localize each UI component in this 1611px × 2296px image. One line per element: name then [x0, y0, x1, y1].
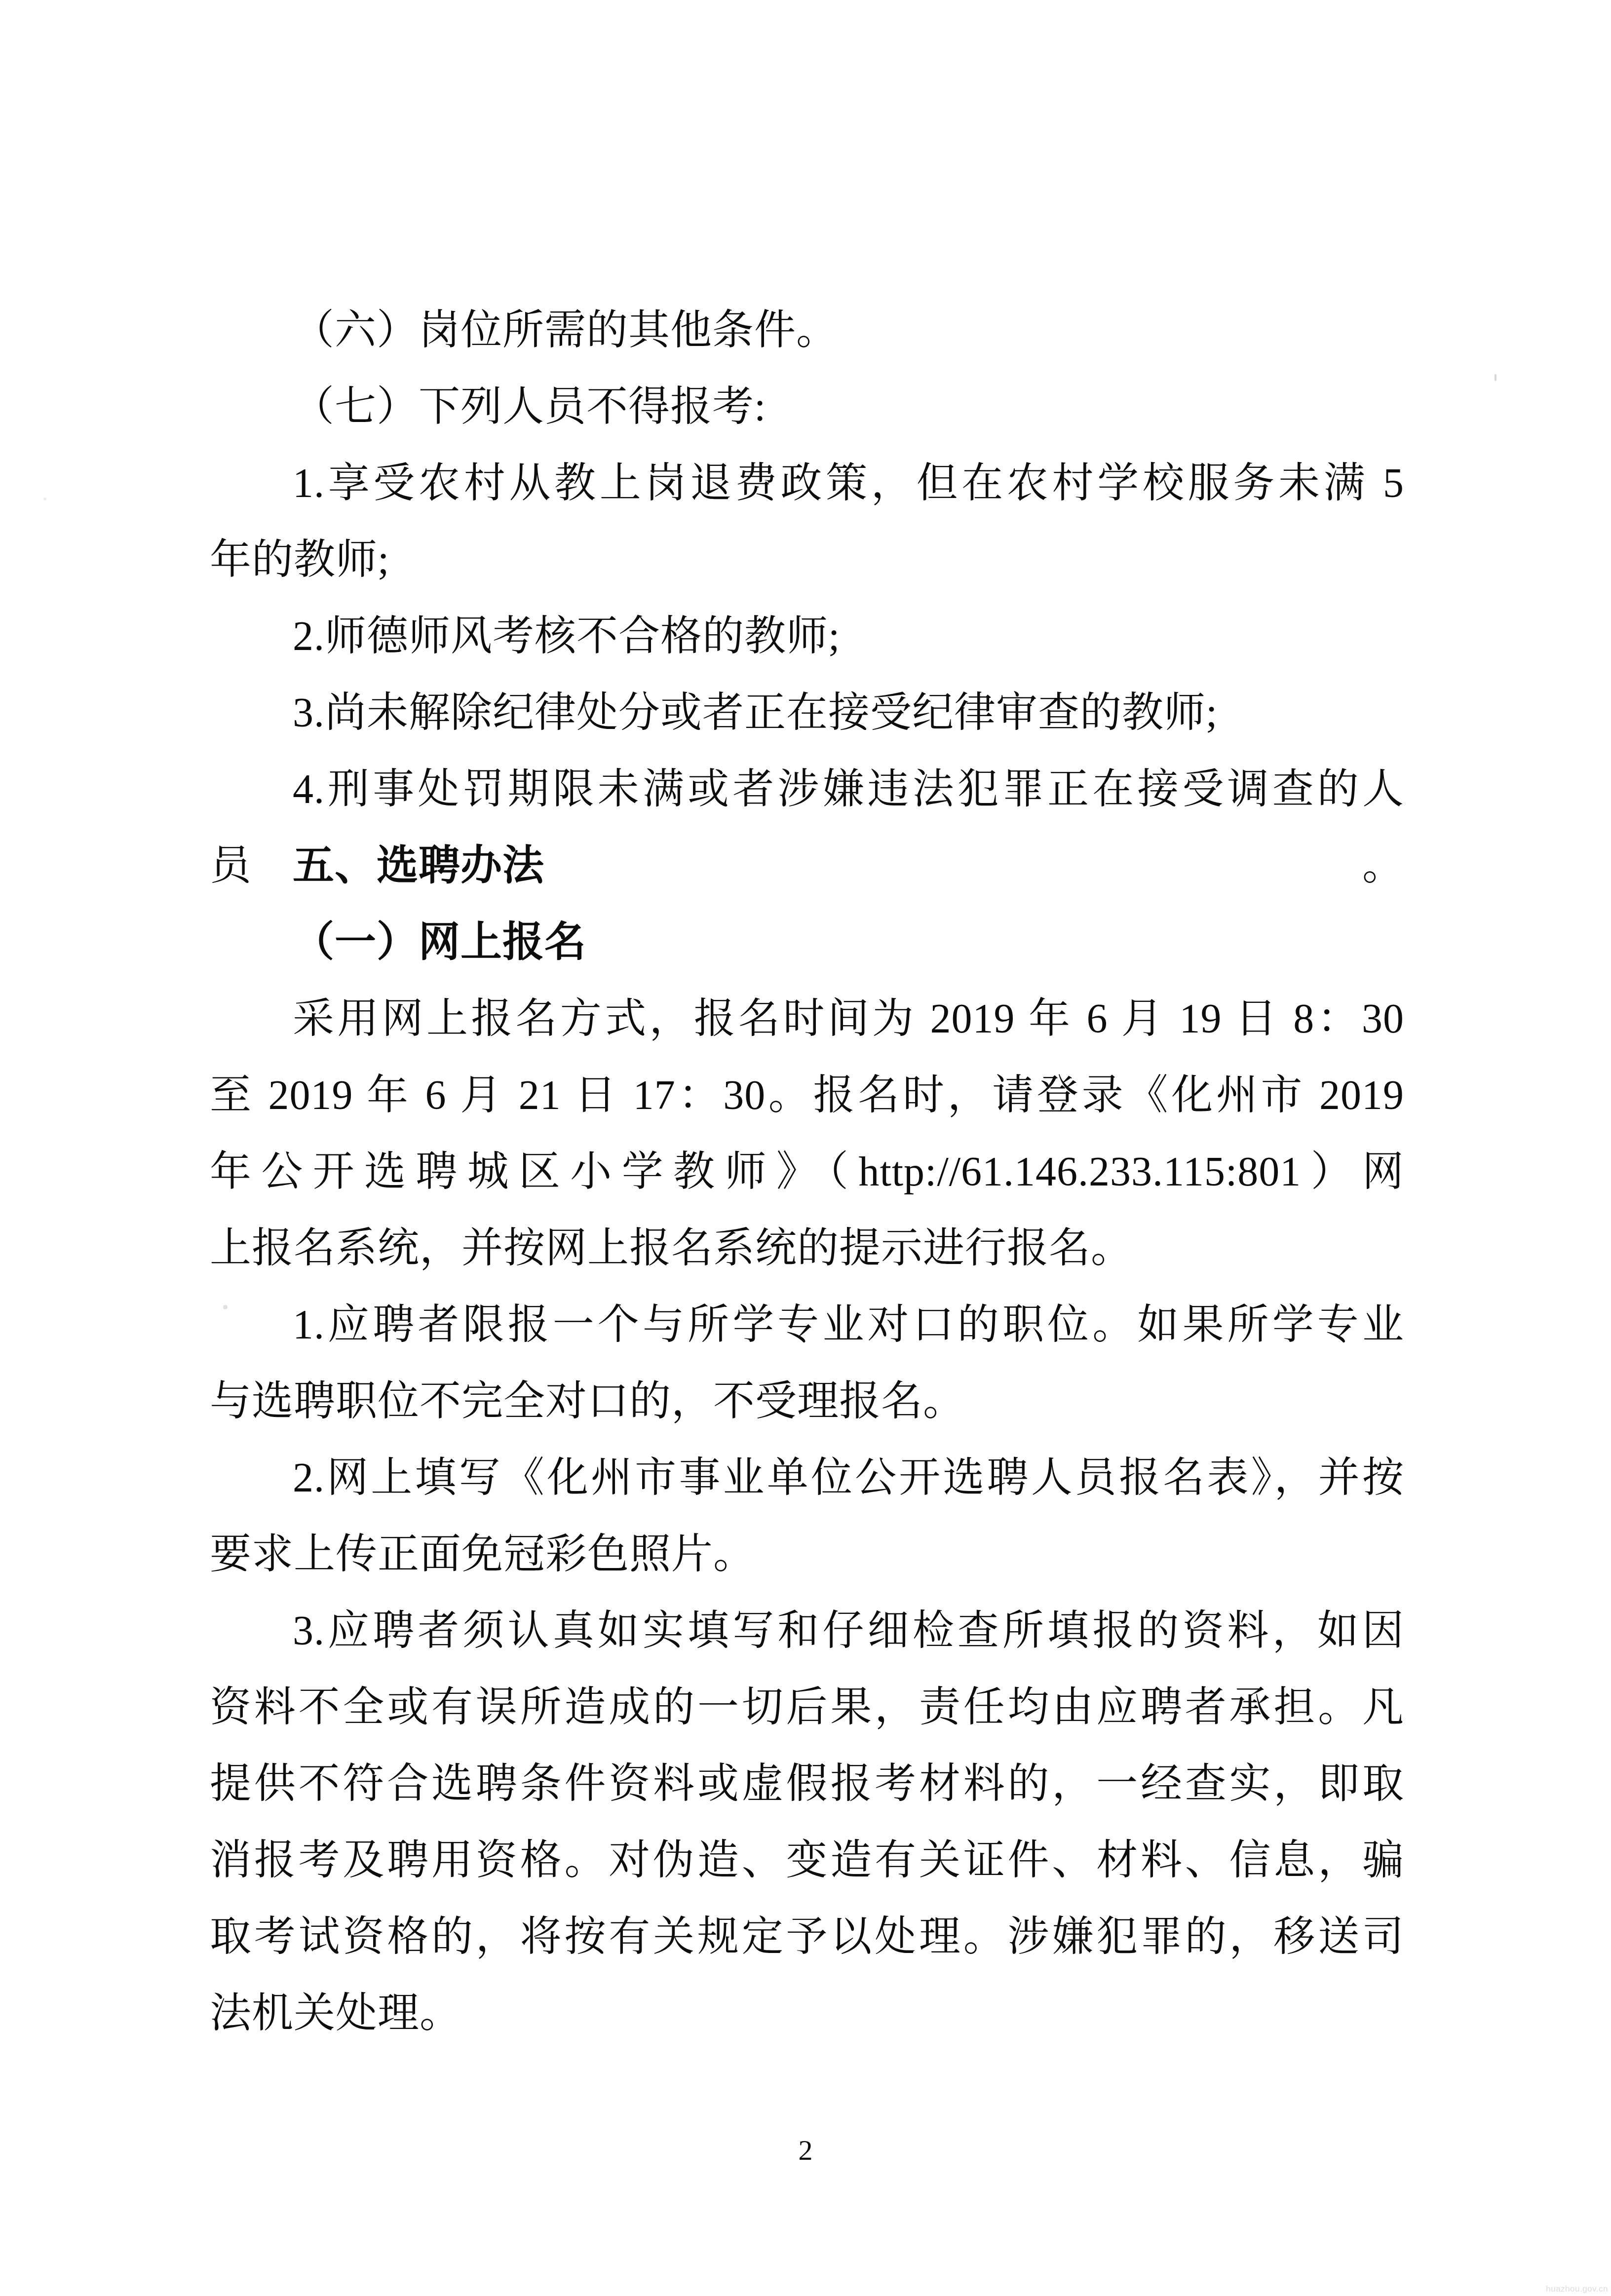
text-line: 采用网上报名方式，报名时间为 2019 年 6 月 19 日 8：30: [210, 981, 1404, 1057]
subsection-heading: （一）网上报名: [210, 904, 1404, 981]
watermark: huazhou.gov.cn: [1546, 2284, 1608, 2294]
scan-artifact: [43, 497, 46, 500]
scan-artifact: [1495, 374, 1496, 381]
text-line: 要求上传正面免冠彩色照片。: [210, 1516, 1404, 1593]
text-line: 4.刑事处罚期限未满或者涉嫌违法犯罪正在接受调查的人员。: [210, 751, 1404, 828]
text-line: 资料不全或有误所造成的一切后果，责任均由应聘者承担。凡: [210, 1669, 1404, 1746]
text-line: 2.师德师风考核不合格的教师;: [210, 598, 1404, 675]
document-page: （六）岗位所需的其他条件。 （七）下列人员不得报考: 1.享受农村从教上岗退费政…: [0, 0, 1611, 2296]
text-line: 3.尚未解除纪律处分或者正在接受纪律审查的教师;: [210, 675, 1404, 751]
text-line: 1.应聘者限报一个与所学专业对口的职位。如果所学专业: [210, 1287, 1404, 1363]
text-line: （六）岗位所需的其他条件。: [210, 292, 1404, 369]
text-line: 提供不符合选聘条件资料或虚假报考材料的，一经查实，即取: [210, 1746, 1404, 1822]
text-line: 消报考及聘用资格。对伪造、变造有关证件、材料、信息，骗: [210, 1822, 1404, 1899]
scan-artifact: [223, 1305, 228, 1309]
text-line: 上报名系统，并按网上报名系统的提示进行报名。: [210, 1210, 1404, 1287]
text-line: 年的教师;: [210, 522, 1404, 598]
text-line: 1.享受农村从教上岗退费政策，但在农村学校服务未满 5: [210, 445, 1404, 522]
text-line: 取考试资格的，将按有关规定予以处理。涉嫌犯罪的，移送司: [210, 1899, 1404, 1975]
page-number: 2: [0, 2133, 1611, 2168]
text-line: 法机关处理。: [210, 1975, 1404, 2052]
text-line: 2.网上填写《化州市事业单位公开选聘人员报名表》，并按: [210, 1440, 1404, 1516]
text-line: （七）下列人员不得报考:: [210, 369, 1404, 445]
document-body: （六）岗位所需的其他条件。 （七）下列人员不得报考: 1.享受农村从教上岗退费政…: [210, 292, 1404, 2052]
text-line: 年公开选聘城区小学教师》（http://61.146.233.115:801）网: [210, 1134, 1404, 1210]
text-line: 至 2019 年 6 月 21 日 17：30。报名时，请登录《化州市 2019: [210, 1057, 1404, 1134]
text-line: 与选聘职位不完全对口的，不受理报名。: [210, 1363, 1404, 1440]
text-line: 3.应聘者须认真如实填写和仔细检查所填报的资料，如因: [210, 1593, 1404, 1669]
